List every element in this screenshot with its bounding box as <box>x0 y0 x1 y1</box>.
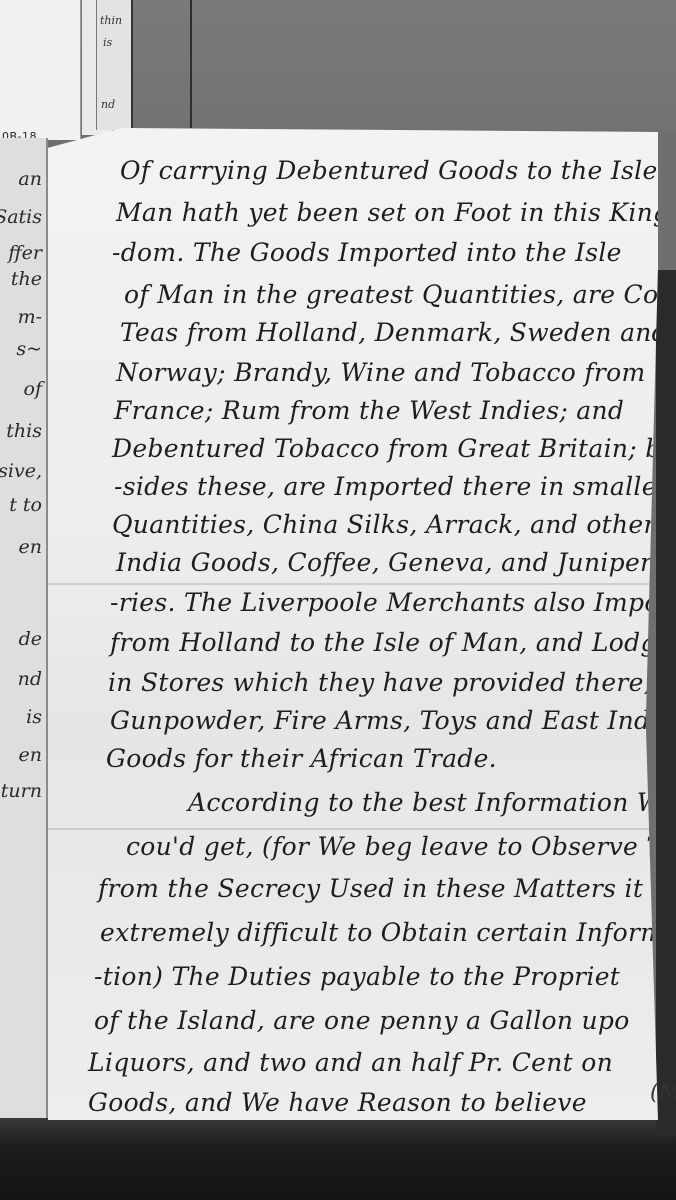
left-fragment: sive, <box>0 460 42 482</box>
paper-stack-sheet <box>0 0 81 140</box>
manuscript-line: in Stores which they have provided there… <box>108 668 673 697</box>
left-fragment: turn <box>1 780 42 802</box>
manuscript-line: Debentured Tobacco from Great Britain; b… <box>112 434 676 463</box>
manuscript-line: Teas from Holland, Denmark, Sweden and <box>120 318 668 347</box>
left-fragment: an <box>18 168 42 190</box>
left-fragment: of <box>24 378 42 400</box>
left-fragment: s~ <box>16 338 42 360</box>
left-fragment: is <box>26 706 42 728</box>
left-fragment: the <box>11 268 42 290</box>
manuscript-page: Of carrying Debentured Goods to the Isle… <box>48 128 658 1120</box>
page-fold <box>48 583 658 585</box>
manuscript-line: Goods for their African Trade. <box>106 744 497 773</box>
left-fragment: t to <box>9 494 42 516</box>
manuscript-line: Goods, and We have Reason to believe <box>88 1088 587 1117</box>
manuscript-line: Gunpowder, Fire Arms, Toys and East Indi… <box>110 706 674 735</box>
manuscript-line: Of carrying Debentured Goods to the Isle… <box>120 156 676 185</box>
manuscript-line: cou'd get, (for We beg leave to Observe … <box>126 832 676 861</box>
left-facing-page: an Satis ffer the m- s~ of this sive, t … <box>0 138 48 1118</box>
manuscript-line: from the Secrecy Used in these Matters i… <box>98 874 673 903</box>
manuscript-line: According to the best Information We <box>188 788 676 817</box>
left-fragment: this <box>6 420 42 442</box>
manuscript-line: from Holland to the Isle of Man, and Lod… <box>110 628 672 657</box>
manuscript-line: -ries. The Liverpoole Merchants also Imp… <box>110 588 676 617</box>
page-fold <box>48 828 658 830</box>
manuscript-line: Liquors, and two and an half Pr. Cent on <box>88 1048 613 1077</box>
left-fragment: m- <box>18 306 42 328</box>
manuscript-line: Quantities, China Silks, Arrack, and oth… <box>112 510 676 539</box>
backdrop-divider <box>190 0 192 128</box>
manuscript-line: -dom. The Goods Imported into the Isle <box>112 238 622 267</box>
stack-fragment: thin <box>100 14 122 27</box>
manuscript-line: Norway; Brandy, Wine and Tobacco from <box>116 358 646 387</box>
manuscript-line: of Man in the greatest Quantities, are C… <box>124 280 676 309</box>
manuscript-line: Man hath yet been set on Foot in this Ki… <box>116 198 676 227</box>
catchword: (M <box>650 1080 676 1105</box>
manuscript-line: -tion) The Duties payable to the Proprie… <box>94 962 620 991</box>
left-fragment: ffer <box>8 242 42 264</box>
paper-stack-sheet: thin is nd <box>96 0 133 130</box>
manuscript-line: India Goods, Coffee, Geneva, and Juniper… <box>116 548 676 577</box>
manuscript-line: -sides these, are Imported there in smal… <box>114 472 676 501</box>
left-fragment: de <box>19 628 42 650</box>
left-fragment: nd <box>18 668 42 690</box>
left-fragment: en <box>19 744 42 766</box>
backdrop-bottom <box>0 1118 676 1200</box>
manuscript-line: of the Island, are one penny a Gallon up… <box>94 1006 630 1035</box>
left-fragment: en <box>19 536 42 558</box>
manuscript-line: France; Rum from the West Indies; and <box>114 396 624 425</box>
right-edge-shadow <box>656 270 676 1130</box>
left-fragment: Satis <box>0 206 42 228</box>
manuscript-line: extremely difficult to Obtain certain In… <box>100 918 676 947</box>
stack-fragment: nd <box>101 98 115 111</box>
stack-fragment: is <box>103 36 112 49</box>
